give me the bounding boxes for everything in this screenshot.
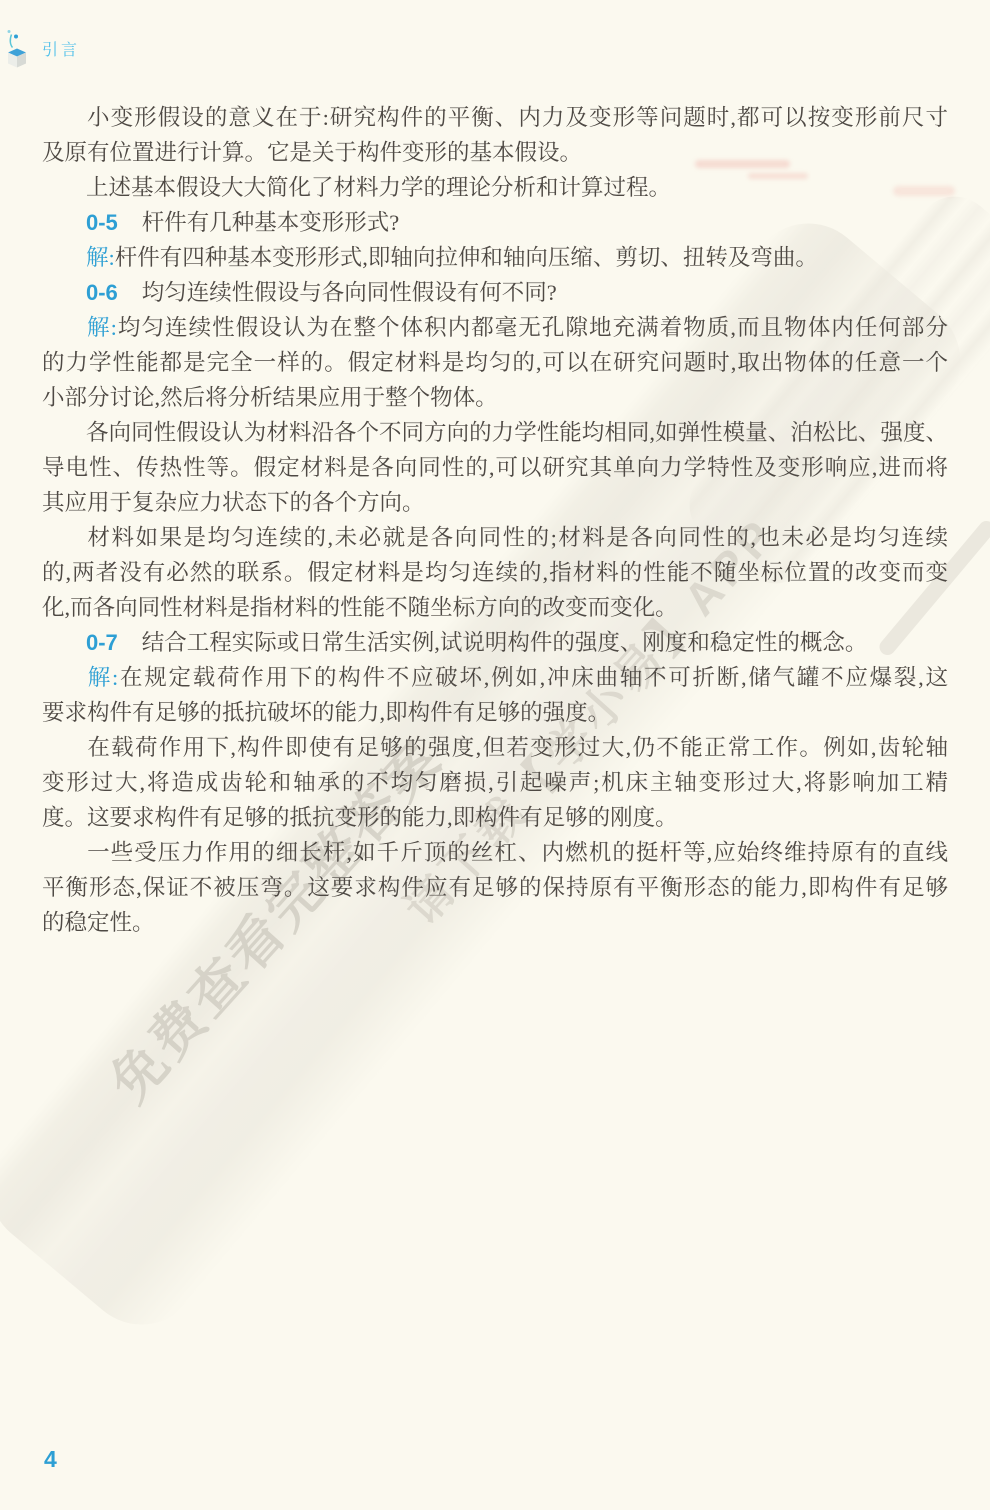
page-body-text: 小变形假设的意义在于:研究构件的平衡、内力及变形等问题时,都可以按变形前尺寸及原… (42, 100, 948, 940)
text-line: 化,而各向同性材料是指材料的性能不随坐标方向的改变而变化。 (42, 590, 948, 625)
text-line: 小部分讨论,然后将分析结果应用于整个物体。 (42, 380, 948, 415)
question-number: 0-5 (86, 210, 118, 235)
answer-label: 解: (86, 245, 115, 270)
text-line: 解:均匀连续性假设认为在整个体积内都毫无孔隙地充满着物质,而且物体内任何部分 (42, 310, 948, 345)
text-line: 及原有位置进行计算。它是关于构件变形的基本假设。 (42, 135, 948, 170)
text-line: 材料如果是均匀连续的,未必就是各向同性的;材料是各向同性的,也未必是均匀连续 (42, 520, 948, 555)
text-line: 要求构件有足够的抵抗破坏的能力,即构件有足够的强度。 (42, 695, 948, 730)
text-line: 的,两者没有必然的联系。假定材料是均匀连续的,指材料的性能不随坐标位置的改变而变 (42, 555, 948, 590)
text-line: 的力学性能都是完全一样的。假定材料是均匀的,可以在研究问题时,取出物体的任意一个 (42, 345, 948, 380)
chapter-title: 引言 (42, 37, 80, 60)
page-header: 引言 (4, 28, 80, 75)
answer-label: 解: (86, 315, 117, 340)
question-number: 0-6 (86, 280, 118, 305)
question-line: 0-6均匀连续性假设与各向同性假设有何不同? (42, 275, 948, 310)
page-number: 4 (44, 1446, 57, 1473)
text-line: 平衡形态,保证不被压弯。这要求构件应有足够的保持原有平衡形态的能力,即构件有足够 (42, 870, 948, 905)
text-line: 导电性、传热性等。假定材料是各向同性的,可以研究其单向力学特性及变形响应,进而将 (42, 450, 948, 485)
question-line: 0-7结合工程实际或日常生活实例,试说明构件的强度、刚度和稳定性的概念。 (42, 625, 948, 660)
answer-label: 解: (86, 665, 118, 690)
text-line: 的稳定性。 (42, 905, 948, 940)
chapter-cube-icon (4, 28, 30, 75)
text-line: 各向同性假设认为材料沿各个不同方向的力学性能均相同,如弹性模量、泊松比、强度、 (42, 415, 948, 450)
text-line: 变形过大,将造成齿轮和轴承的不均匀磨损,引起噪声;机床主轴变形过大,将影响加工精 (42, 765, 948, 800)
text-line: 小变形假设的意义在于:研究构件的平衡、内力及变形等问题时,都可以按变形前尺寸 (42, 100, 948, 135)
text-line: 解:在规定载荷作用下的构件不应破坏,例如,冲床曲轴不可折断,储气罐不应爆裂,这 (42, 660, 948, 695)
text-line: 上述基本假设大大简化了材料力学的理论分析和计算过程。 (42, 170, 948, 205)
text-line: 度。这要求构件有足够的抵抗变形的能力,即构件有足够的刚度。 (42, 800, 948, 835)
text-line: 解:杆件有四种基本变形形式,即轴向拉伸和轴向压缩、剪切、扭转及弯曲。 (42, 240, 948, 275)
text-line: 在载荷作用下,构件即使有足够的强度,但若变形过大,仍不能正常工作。例如,齿轮轴 (42, 730, 948, 765)
question-number: 0-7 (86, 630, 118, 655)
text-line: 一些受压力作用的细长杆,如千斤顶的丝杠、内燃机的挺杆等,应始终维持原有的直线 (42, 835, 948, 870)
scanned-book-page: 免费查看完整答案 请下载【学小易】APP 引言 小变形假设的意义在于:研究构件的… (0, 0, 990, 1510)
text-line: 其应用于复杂应力状态下的各个方向。 (42, 485, 948, 520)
question-line: 0-5杆件有几种基本变形形式? (42, 205, 948, 240)
